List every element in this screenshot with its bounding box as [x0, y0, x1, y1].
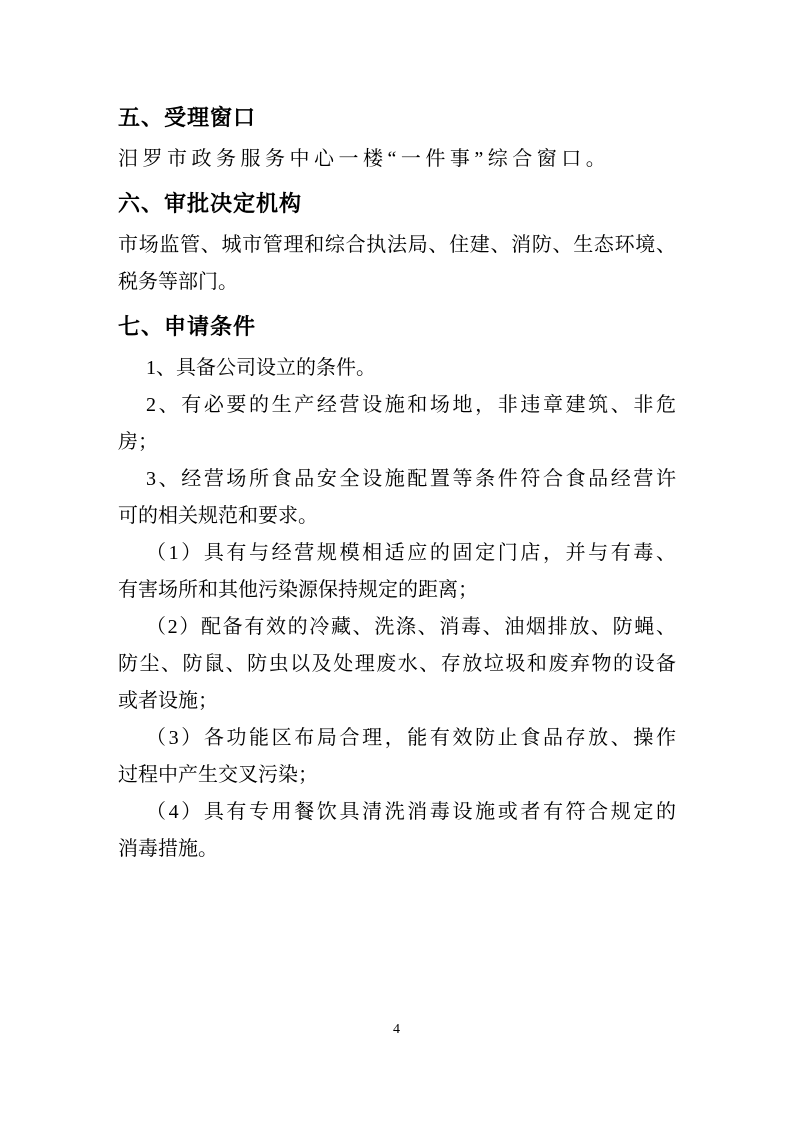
doc-line: （2）配备有效的冷藏、洗涤、消毒、油烟排放、防蝇、 [118, 609, 676, 646]
paragraph-subitem-3: （3）各功能区布局合理，能有效防止食品存放、操作 过程中产生交叉污染； [118, 720, 676, 794]
doc-line: 2、有必要的生产经营设施和场地，非违章建筑、非危 [118, 387, 676, 424]
paragraph: 汨罗市政务服务中心一楼“一件事”综合窗口。 [118, 141, 676, 178]
doc-line: （4）具有专用餐饮具清洗消毒设施或者有符合规定的 [118, 794, 676, 831]
doc-line: 1、具备公司设立的条件。 [118, 350, 676, 387]
paragraph-item-1: 1、具备公司设立的条件。 [118, 350, 676, 387]
page-number: 4 [0, 1022, 793, 1038]
doc-line: 或者设施； [118, 683, 676, 720]
doc-line: 税务等部门。 [118, 264, 676, 301]
doc-line: 可的相关规范和要求。 [118, 498, 676, 535]
document-body: 五、受理窗口 汨罗市政务服务中心一楼“一件事”综合窗口。 六、审批决定机构 市场… [118, 102, 676, 868]
doc-line: 有害场所和其他污染源保持规定的距离； [118, 572, 676, 609]
paragraph-item-2: 2、有必要的生产经营设施和场地，非违章建筑、非危 房； [118, 387, 676, 461]
doc-line: 汨罗市政务服务中心一楼“一件事”综合窗口。 [118, 141, 676, 178]
section-heading-7: 七、申请条件 [118, 311, 676, 343]
paragraph-subitem-4: （4）具有专用餐饮具清洗消毒设施或者有符合规定的 消毒措施。 [118, 794, 676, 868]
doc-line: 3、经营场所食品安全设施配置等条件符合食品经营许 [118, 461, 676, 498]
doc-line: 防尘、防鼠、防虫以及处理废水、存放垃圾和废弃物的设备 [118, 646, 676, 683]
paragraph: 市场监管、城市管理和综合执法局、住建、消防、生态环境、 税务等部门。 [118, 227, 676, 301]
section-heading-5: 五、受理窗口 [118, 102, 676, 134]
doc-line: 消毒措施。 [118, 831, 676, 868]
doc-line: 市场监管、城市管理和综合执法局、住建、消防、生态环境、 [118, 227, 676, 264]
section-heading-6: 六、审批决定机构 [118, 188, 676, 220]
doc-line: 房； [118, 424, 676, 461]
doc-line: （1）具有与经营规模相适应的固定门店，并与有毒、 [118, 535, 676, 572]
doc-line: （3）各功能区布局合理，能有效防止食品存放、操作 [118, 720, 676, 757]
document-page: 五、受理窗口 汨罗市政务服务中心一楼“一件事”综合窗口。 六、审批决定机构 市场… [0, 0, 793, 1122]
paragraph-item-3: 3、经营场所食品安全设施配置等条件符合食品经营许 可的相关规范和要求。 [118, 461, 676, 535]
doc-line: 过程中产生交叉污染； [118, 757, 676, 794]
paragraph-subitem-1: （1）具有与经营规模相适应的固定门店，并与有毒、 有害场所和其他污染源保持规定的… [118, 535, 676, 609]
paragraph-subitem-2: （2）配备有效的冷藏、洗涤、消毒、油烟排放、防蝇、 防尘、防鼠、防虫以及处理废水… [118, 609, 676, 720]
